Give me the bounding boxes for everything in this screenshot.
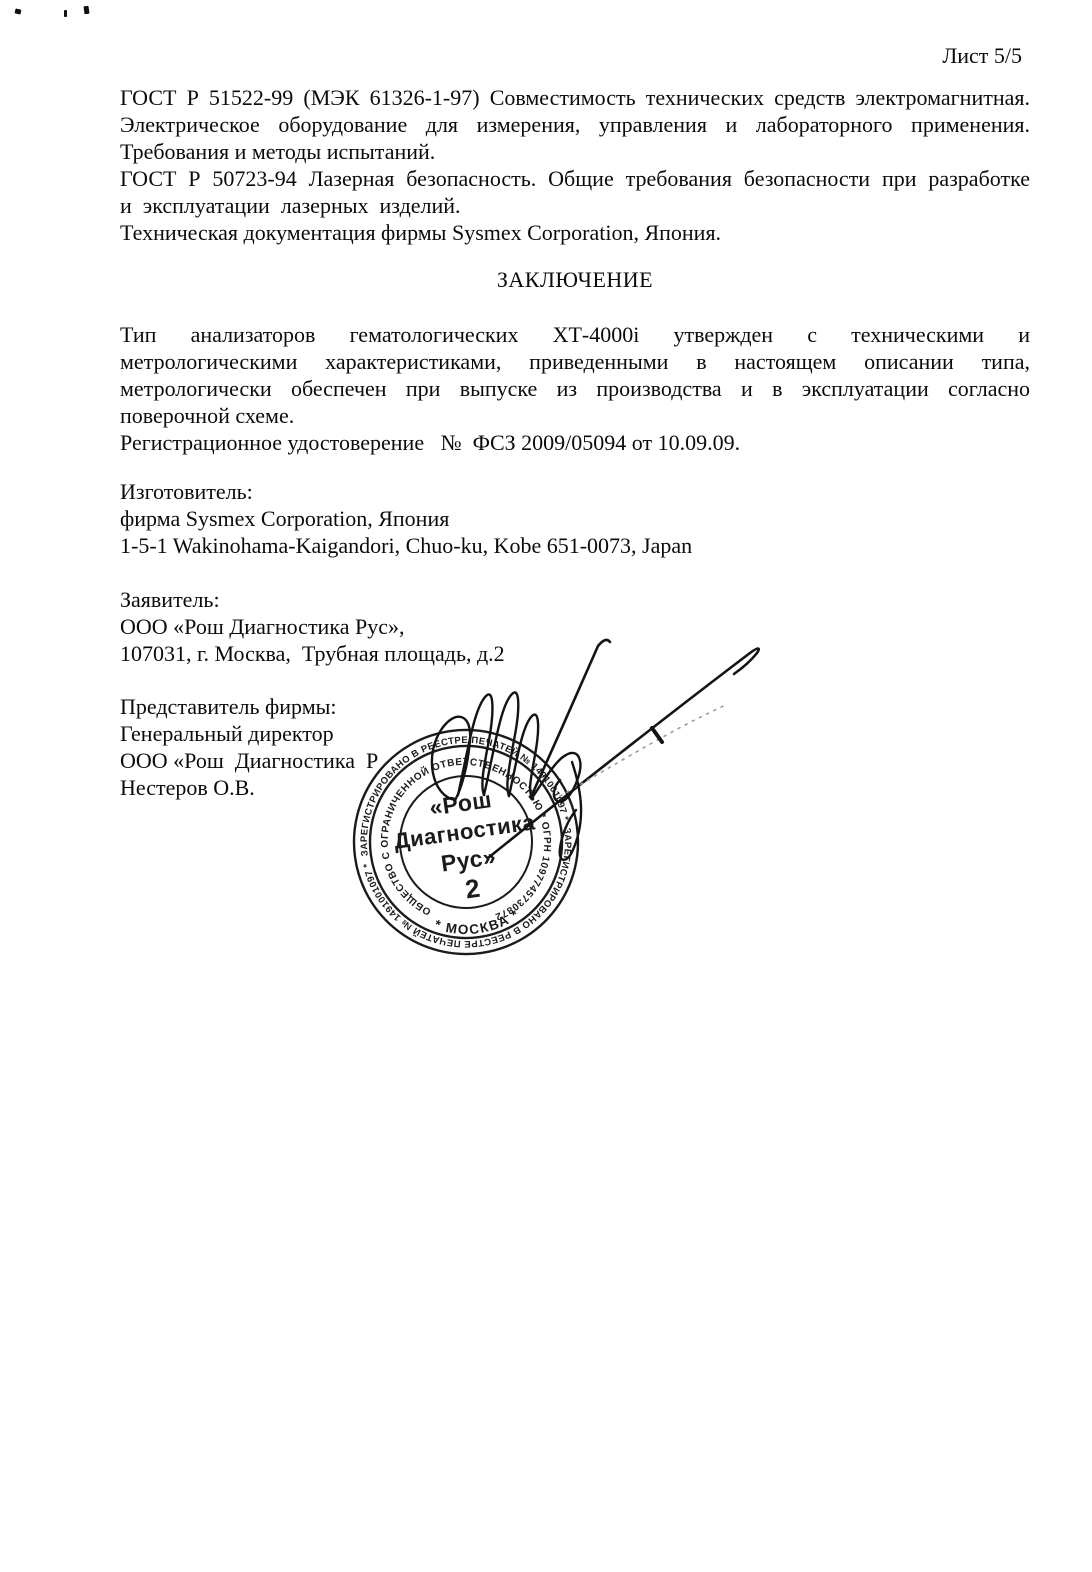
signature-stroke bbox=[531, 640, 610, 797]
conclusion-heading: ЗАКЛЮЧЕНИЕ bbox=[120, 266, 1030, 293]
conclusion-line: Тип анализаторов гематологических ХТ-400… bbox=[120, 321, 1030, 348]
ink-speck bbox=[64, 10, 67, 17]
ink-speck bbox=[83, 6, 89, 15]
seal-center-line-3: Рус» bbox=[439, 843, 497, 876]
manufacturer-block: Изготовитель: фирма Sysmex Corporation, … bbox=[120, 478, 1030, 559]
conclusion-line: метрологическими характеристиками, приве… bbox=[120, 348, 1030, 375]
ink-speck bbox=[15, 8, 22, 14]
standards-line: и эксплуатации лазерных изделий. bbox=[120, 192, 1030, 219]
standards-line: ГОСТ Р 51522-99 (МЭК 61326-1-97) Совмест… bbox=[120, 84, 1030, 111]
standards-line: Техническая документация фирмы Sysmex Co… bbox=[120, 219, 1030, 246]
sheet-number-label: Лист 5/5 bbox=[942, 42, 1022, 69]
stamp-and-signature: ЗАРЕГИСТРИРОВАНО В РЕЕСТРЕ ПЕЧАТЕЙ № 149… bbox=[320, 600, 790, 1000]
manufacturer-label: Изготовитель: bbox=[120, 478, 1030, 505]
manufacturer-address: 1-5-1 Wakinohama-Kaigandori, Chuo-ku, Ko… bbox=[120, 532, 1030, 559]
standards-paragraph: ГОСТ Р 51522-99 (МЭК 61326-1-97) Совмест… bbox=[120, 84, 1030, 246]
signature-stroke-faint bbox=[560, 704, 728, 796]
registration-certificate-line: Регистрационное удостоверение № ФСЗ 2009… bbox=[120, 429, 1030, 456]
conclusion-line: поверочной схеме. bbox=[120, 402, 1030, 429]
conclusion-line: метрологически обеспечен при выпуске из … bbox=[120, 375, 1030, 402]
manufacturer-name: фирма Sysmex Corporation, Япония bbox=[120, 505, 1030, 532]
document-page: Лист 5/5 ГОСТ Р 51522-99 (МЭК 61326-1-97… bbox=[0, 0, 1092, 1572]
seal-center-line-4: 2 bbox=[463, 873, 482, 905]
signature-stroke bbox=[488, 649, 759, 859]
standards-line: Требования и методы испытаний. bbox=[120, 138, 1030, 165]
conclusion-paragraph: Тип анализаторов гематологических ХТ-400… bbox=[120, 321, 1030, 456]
standards-line: Электрическое оборудование для измерения… bbox=[120, 111, 1030, 138]
standards-line: ГОСТ Р 50723-94 Лазерная безопасность. О… bbox=[120, 165, 1030, 192]
